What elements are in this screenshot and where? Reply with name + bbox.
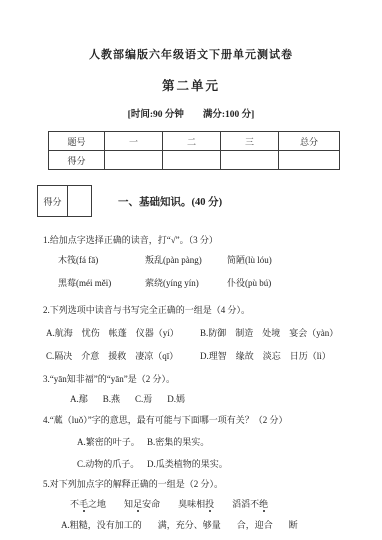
definition-item: 满，充分、够量 xyxy=(158,519,221,531)
pinyin-item: 叛乱(pàn pàng) xyxy=(145,254,227,266)
option-c: C.焉 xyxy=(135,393,152,405)
question-4-options-row-1: A.繁密的叶子。 B.密集的果实。 xyxy=(77,436,382,448)
idiom-part: 滔滔不 xyxy=(232,499,259,509)
page-title: 人教部编版六年级语文下册单元测试卷 xyxy=(0,0,382,62)
option-c: C.动物的爪子。 xyxy=(77,458,147,470)
question-1-text: 1.给加点字选择正确的读音，打“√”。（3 分） xyxy=(43,234,382,246)
question-4-options-row-2: C.动物的爪子。 D.瓜类植物的果实。 xyxy=(77,458,382,470)
pinyin-item: 黑莓(méi měi) xyxy=(58,277,145,289)
question-1-pinyin-row-1: 木筏(fá fā) 叛乱(pàn pàng) 简陋(lù lóu) xyxy=(58,254,382,266)
question-5-text: 5.对下列加点字的解释正确的一组是（2 分）。 xyxy=(43,478,382,490)
score-row-label: 得分 xyxy=(49,151,105,170)
option-b: B.防御 制造 处境 宴会（yàn） xyxy=(200,327,338,339)
question-2-text: 2.下列选项中读音与书写完全正确的一组是（4 分）。 xyxy=(43,304,382,316)
idiom-word: 臭味相投 xyxy=(178,498,214,510)
pinyin-item: 仆役(pù bú) xyxy=(227,277,271,289)
score-table-header-cell: 二 xyxy=(163,132,221,151)
dotted-char: 足 xyxy=(133,498,142,510)
option-d: D.理智 缘故 淡忘 日历（lì） xyxy=(200,350,331,362)
idiom-word: 滔滔不绝 xyxy=(232,498,268,510)
option-b: B.燕 xyxy=(103,393,120,405)
score-table-header-cell: 三 xyxy=(221,132,279,151)
section-title: 一、基础知识。(40 分) xyxy=(118,194,222,209)
pinyin-item: 萦绕(yíng yín) xyxy=(145,277,227,289)
score-box-label: 得分 xyxy=(38,186,68,216)
idiom-part: 臭味相 xyxy=(178,499,205,509)
idiom-word: 知足安命 xyxy=(124,498,160,510)
option-a: A.繁密的叶子。 xyxy=(77,436,147,448)
score-table-header-cell: 总分 xyxy=(279,132,340,151)
option-label: A. xyxy=(61,520,70,530)
score-box-blank xyxy=(68,186,91,216)
definition-item: 断 xyxy=(289,519,298,531)
question-2-options-row-2: C.隔决 介意 援救 凄凉（qī） D.理智 缘故 淡忘 日历（lì） xyxy=(46,350,382,362)
dotted-char: 绝 xyxy=(259,498,268,510)
exam-info: [时间:90 分钟 满分:100 分] xyxy=(0,106,382,120)
question-4-text: 4.“蓏（luǒ）”字的意思，最有可能与下面哪一项有关？（2 分） xyxy=(43,414,382,426)
section-one-header: 得分 一、基础知识。(40 分) xyxy=(37,185,382,217)
idiom-part: 不 xyxy=(70,499,79,509)
idiom-part: 安命 xyxy=(142,499,160,509)
score-cell xyxy=(279,151,340,170)
definition-item: 粗糙，没有加工的 xyxy=(70,520,142,530)
definition-item: 合，迎合 xyxy=(237,519,273,531)
option-a: A.鄢 xyxy=(70,393,88,405)
dotted-char: 投 xyxy=(205,498,214,510)
score-table-header-cell: 一 xyxy=(105,132,163,151)
option-d: D.嫣 xyxy=(167,393,185,405)
pinyin-item: 简陋(lù lóu) xyxy=(227,254,272,266)
question-1-pinyin-row-2: 黑莓(méi měi) 萦绕(yíng yín) 仆役(pù bú) xyxy=(58,277,382,289)
option-a: A.航海 忧伤 帐蓬 仪器（yí） xyxy=(46,327,200,339)
score-table: 题号 一 二 三 总分 得分 xyxy=(48,131,340,170)
score-cell xyxy=(105,151,163,170)
question-5-words-row: 不毛之地 知足安命 臭味相投 滔滔不绝 xyxy=(70,498,382,510)
idiom-word: 不毛之地 xyxy=(70,498,106,510)
question-3-options-row: A.鄢 B.燕 C.焉 D.嫣 xyxy=(70,393,382,405)
question-2-options-row-1: A.航海 忧伤 帐蓬 仪器（yí） B.防御 制造 处境 宴会（yàn） xyxy=(46,327,382,339)
test-paper-page: 人教部编版六年级语文下册单元测试卷 第二单元 [时间:90 分钟 满分:100 … xyxy=(0,0,382,540)
option-b: B.密集的果实。 xyxy=(147,436,209,448)
unit-title: 第二单元 xyxy=(0,76,382,94)
score-cell xyxy=(221,151,279,170)
score-cell xyxy=(163,151,221,170)
question-5-option-a-row: A.粗糙，没有加工的 满，充分、够量 合，迎合 断 xyxy=(61,519,382,531)
score-table-header-cell: 题号 xyxy=(49,132,105,151)
idiom-part: 之地 xyxy=(88,499,106,509)
option-c: C.隔决 介意 援救 凄凉（qī） xyxy=(46,350,200,362)
option-a: A.粗糙，没有加工的 xyxy=(61,519,142,531)
score-box: 得分 xyxy=(37,185,92,217)
pinyin-item: 木筏(fá fā) xyxy=(58,254,145,266)
question-3-text: 3.“yān知非福”的“yān”是（2 分）。 xyxy=(43,373,382,385)
score-table-score-row: 得分 xyxy=(49,151,340,170)
dotted-char: 毛 xyxy=(79,498,88,510)
idiom-part: 知 xyxy=(124,499,133,509)
option-d: D.瓜类植物的果实。 xyxy=(147,458,228,470)
score-table-header-row: 题号 一 二 三 总分 xyxy=(49,132,340,151)
